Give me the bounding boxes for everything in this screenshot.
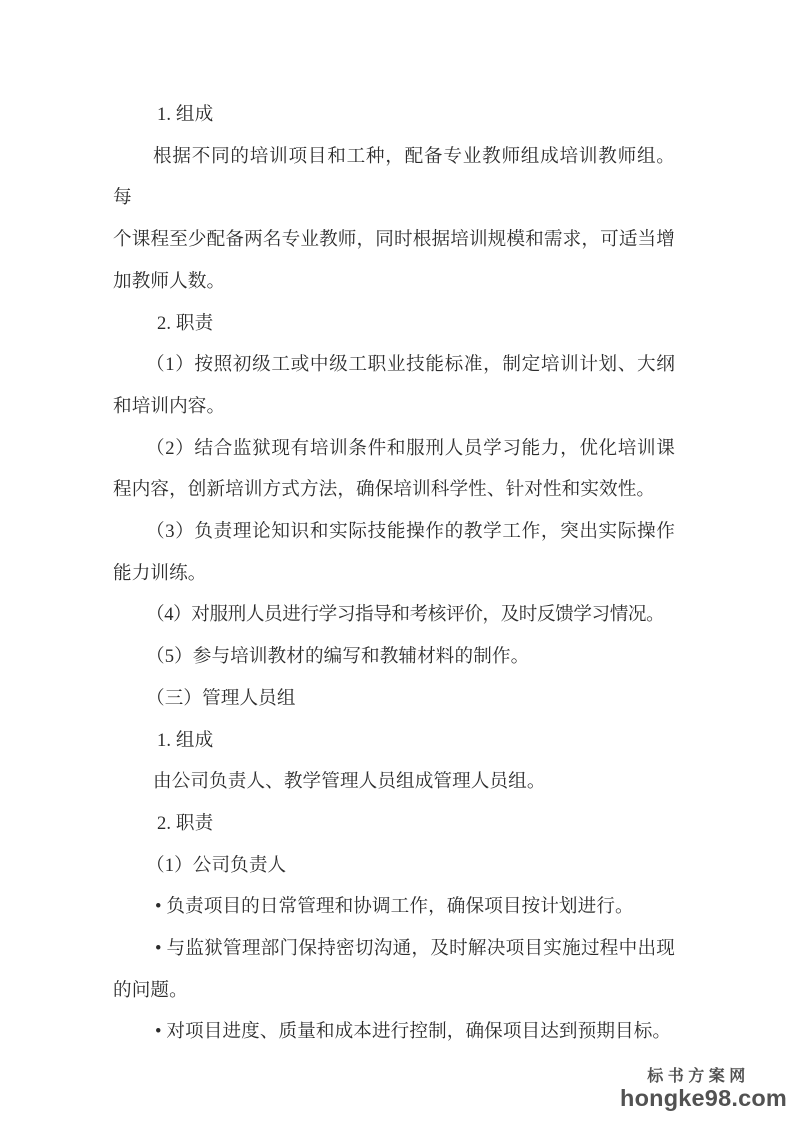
text-line: （4）对服刑人员进行学习指导和考核评价，及时反馈学习情况。 <box>113 594 675 636</box>
text-line: • 与监狱管理部门保持密切沟通，及时解决项目实施过程中出现 <box>113 928 675 970</box>
text-line: 2. 职责 <box>113 803 675 845</box>
watermark-site-url: hongke98.com <box>620 1086 787 1110</box>
document-page: 1. 组成根据不同的培训项目和工种，配备专业教师组成培训教师组。每个课程至少配备… <box>0 0 793 1122</box>
watermark-logo: 标书方案网 hongke98.com <box>620 1068 787 1110</box>
text-line: （3）负责理论知识和实际技能操作的教学工作，突出实际操作 <box>113 511 675 553</box>
text-line: 能力训练。 <box>113 553 675 595</box>
text-line: • 对项目进度、质量和成本进行控制，确保项目达到预期目标。 <box>113 1011 675 1053</box>
watermark-site-name: 标书方案网 <box>620 1068 777 1086</box>
text-line: 由公司负责人、教学管理人员组成管理人员组。 <box>113 761 675 803</box>
text-line: 程内容，创新培训方式方法，确保培训科学性、针对性和实效性。 <box>113 469 675 511</box>
text-line: （三）管理人员组 <box>113 678 675 720</box>
text-line: 2. 职责 <box>113 303 675 345</box>
text-line: （1）公司负责人 <box>113 845 675 887</box>
text-line: 1. 组成 <box>113 94 675 136</box>
text-line: 和培训内容。 <box>113 386 675 428</box>
text-line: （2）结合监狱现有培训条件和服刑人员学习能力，优化培训课 <box>113 428 675 470</box>
text-line: （5）参与培训教材的编写和教辅材料的制作。 <box>113 636 675 678</box>
text-line: • 负责项目的日常管理和协调工作，确保项目按计划进行。 <box>113 886 675 928</box>
text-line: 的问题。 <box>113 970 675 1012</box>
text-line: 根据不同的培训项目和工种，配备专业教师组成培训教师组。每 <box>113 136 675 219</box>
document-body: 1. 组成根据不同的培训项目和工种，配备专业教师组成培训教师组。每个课程至少配备… <box>113 0 675 1053</box>
text-line: 加教师人数。 <box>113 261 675 303</box>
text-line: 1. 组成 <box>113 720 675 762</box>
text-line: （1）按照初级工或中级工职业技能标准，制定培训计划、大纲 <box>113 344 675 386</box>
text-line: 个课程至少配备两名专业教师，同时根据培训规模和需求，可适当增 <box>113 219 675 261</box>
